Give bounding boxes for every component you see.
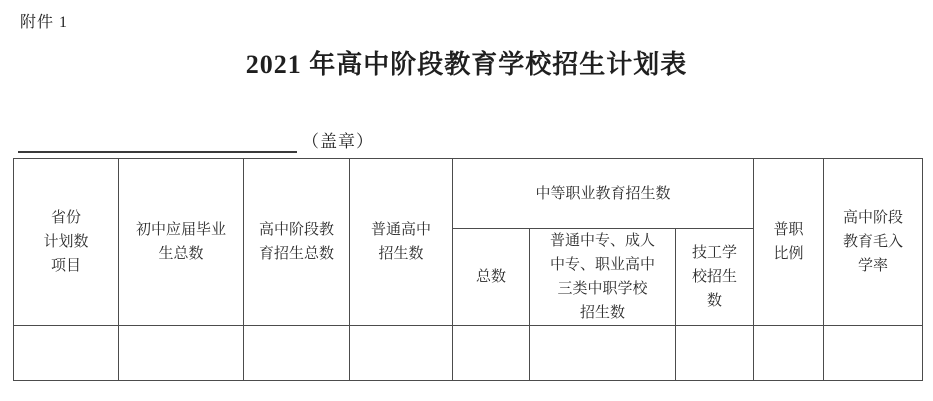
- enrollment-plan-table: 省份 计划数 项目 初中应届毕业 生总数 高中阶段教 育招生总数 普通高中 招生…: [13, 158, 923, 381]
- header-senior-stage-enrollment-total: 高中阶段教 育招生总数: [244, 159, 350, 326]
- data-cell-province-item: [14, 326, 119, 381]
- header-gross-enrollment-rate: 高中阶段 教育毛入 学率: [824, 159, 923, 326]
- data-cell-junior-graduates-total: [119, 326, 244, 381]
- attachment-label: 附件 1: [20, 9, 68, 32]
- header-vocational-three-types: 普通中专、成人 中专、职业高中 三类中职学校 招生数: [530, 229, 676, 326]
- document-page: 附件 1 2021 年高中阶段教育学校招生计划表 （盖章） 省份 计划数 项目 …: [0, 0, 933, 401]
- data-cell-regular-high-school: [350, 326, 453, 381]
- header-vocational-total: 总数: [453, 229, 530, 326]
- header-regular-high-school-enrollment: 普通高中 招生数: [350, 159, 453, 326]
- data-cell-gross-rate: [824, 326, 923, 381]
- header-general-vocational-ratio: 普职 比例: [754, 159, 824, 326]
- stamp-row: （盖章）: [18, 131, 374, 153]
- data-cell-technician-school: [676, 326, 754, 381]
- header-row-1: 省份 计划数 项目 初中应届毕业 生总数 高中阶段教 育招生总数 普通高中 招生…: [14, 159, 923, 229]
- data-cell-vocational-total: [453, 326, 530, 381]
- stamp-label: （盖章）: [302, 131, 374, 153]
- data-cell-senior-stage-total: [244, 326, 350, 381]
- page-title: 2021 年高中阶段教育学校招生计划表: [0, 44, 933, 81]
- header-corner-province-plan-item: 省份 计划数 项目: [14, 159, 119, 326]
- header-technician-school-enrollment: 技工学 校招生 数: [676, 229, 754, 326]
- data-cell-ratio: [754, 326, 824, 381]
- header-junior-graduates-total: 初中应届毕业 生总数: [119, 159, 244, 326]
- stamp-blank-line: [18, 132, 297, 153]
- empty-data-row: [14, 326, 923, 381]
- header-secondary-vocational-group: 中等职业教育招生数: [453, 159, 754, 229]
- data-cell-vocational-three-types: [530, 326, 676, 381]
